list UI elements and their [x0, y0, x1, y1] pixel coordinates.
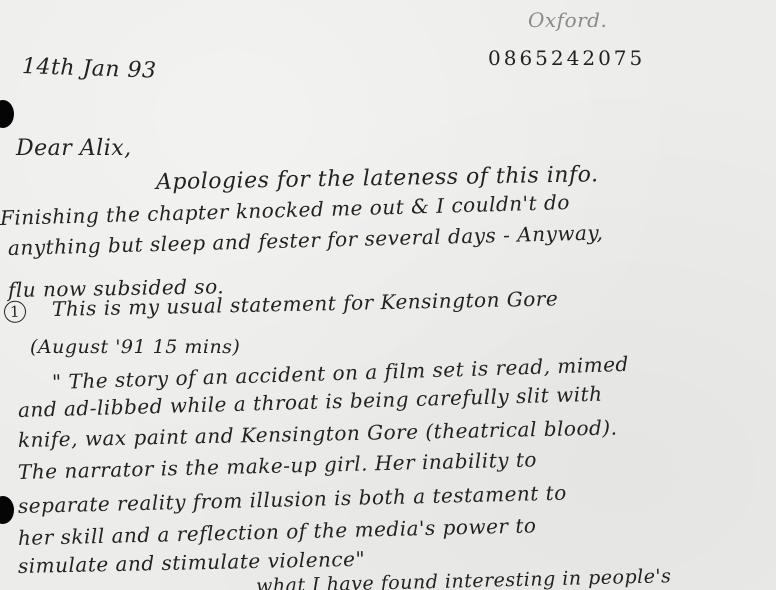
letter-page: 14th Jan 93 Oxford. 0865242075 Dear Alix… — [0, 0, 776, 590]
letter-phone: 0865242075 — [488, 46, 645, 70]
letter-place: Oxford. — [528, 8, 607, 32]
body-line-6: (August '91 15 mins) — [30, 336, 240, 358]
body-line-9: knife, wax paint and Kensington Gore (th… — [18, 415, 618, 452]
body-line-10: The narrator is the make-up girl. Her in… — [18, 447, 537, 484]
punch-hole-bottom — [0, 496, 14, 524]
circled-number-marker: 1 — [4, 301, 26, 323]
letter-date: 14th Jan 93 — [22, 54, 157, 84]
body-line-11: separate reality from illusion is both a… — [18, 481, 567, 518]
body-line-1: Apologies for the lateness of this info. — [156, 162, 599, 195]
punch-hole-top — [0, 100, 14, 128]
salutation: Dear Alix, — [16, 136, 132, 161]
body-line-12: her skill and a reflection of the media'… — [18, 513, 537, 550]
